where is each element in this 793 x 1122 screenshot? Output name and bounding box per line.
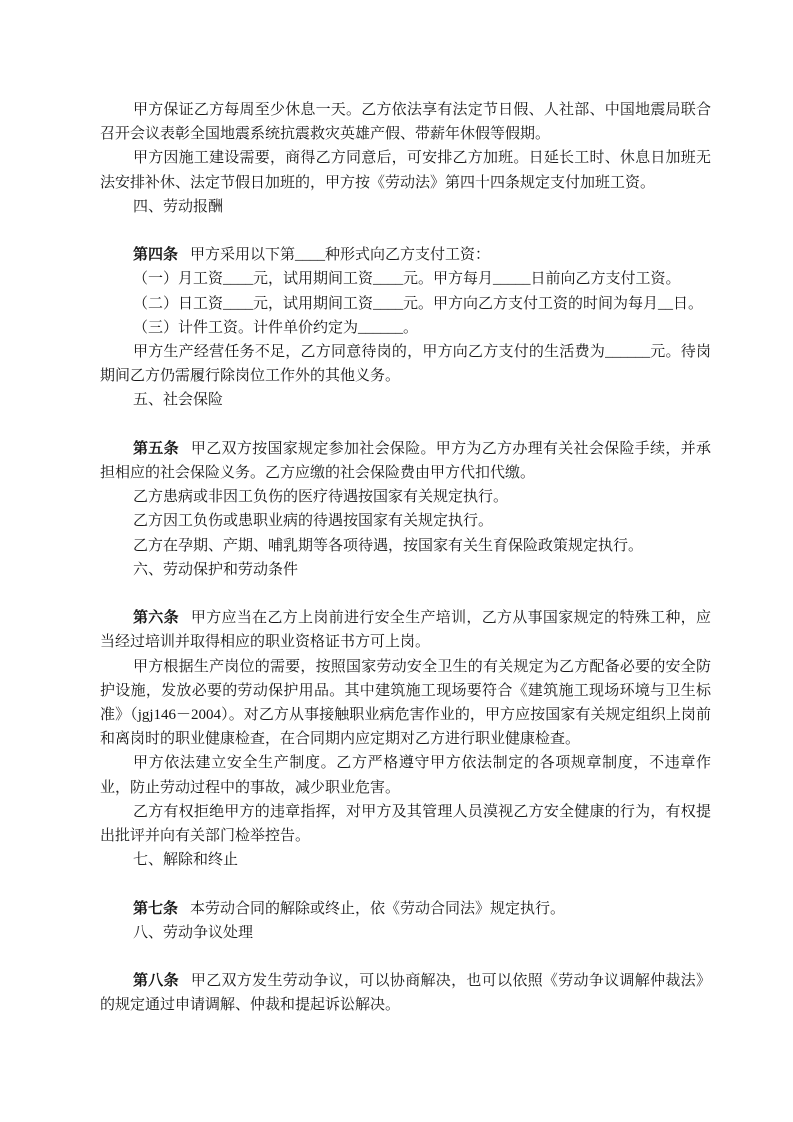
section-heading-labor-protection: 六、劳动保护和劳动条件 xyxy=(100,558,711,582)
para-standby-living-allowance: 甲方生产经营任务不足，乙方同意待岗的，甲方向乙方支付的生活费为______元。待… xyxy=(100,340,711,388)
article-8-clause: 第八条甲乙双方发生劳动争议，可以协商解决，也可以依照《劳动争议调解仲裁法》的规定… xyxy=(100,969,711,1017)
section-heading-termination: 七、解除和终止 xyxy=(100,848,711,872)
article-7-clause: 第七条本劳动合同的解除或终止，依《劳动合同法》规定执行。 xyxy=(100,897,711,921)
article-7-text: 本劳动合同的解除或终止，依《劳动合同法》规定执行。 xyxy=(190,901,565,917)
article-6-text: 甲方应当在乙方上岗前进行安全生产培训，乙方从事国家规定的特殊工种，应当经过培训并… xyxy=(100,610,711,650)
para-piecework-wage-option: （三）计件工资。计件单价约定为______。 xyxy=(100,316,711,340)
para-illness-medical-treatment: 乙方患病或非因工负伤的医疗待遇按国家有关规定执行。 xyxy=(100,485,711,509)
article-8-text: 甲乙双方发生劳动争议，可以协商解决，也可以依照《劳动争议调解仲裁法》的规定通过申… xyxy=(100,973,711,1013)
article-8-label: 第八条 xyxy=(133,973,179,989)
article-4-label: 第四条 xyxy=(133,247,178,263)
article-5-text: 甲乙双方按国家规定参加社会保险。甲方为乙方办理有关社会保险手续，并承担相应的社会… xyxy=(100,441,711,481)
article-6-clause: 第六条甲方应当在乙方上岗前进行安全生产培训，乙方从事国家规定的特殊工种，应当经过… xyxy=(100,606,711,654)
para-weekly-rest-holidays: 甲方保证乙方每周至少休息一天。乙方依法享有法定节日假、人社部、中国地震局联合召开… xyxy=(100,98,711,146)
article-4-text: 甲方采用以下第____种形式向乙方支付工资： xyxy=(190,247,490,263)
para-work-injury-treatment: 乙方因工负伤或患职业病的待遇按国家有关规定执行。 xyxy=(100,509,711,533)
article-5-label: 第五条 xyxy=(133,441,179,457)
section-heading-dispute-resolution: 八、劳动争议处理 xyxy=(100,921,711,945)
para-right-to-refuse-violation: 乙方有权拒绝甲方的违章指挥，对甲方及其管理人员漠视乙方安全健康的行为，有权提出批… xyxy=(100,800,711,848)
section-heading-labor-pay: 四、劳动报酬 xyxy=(100,195,711,219)
article-6-label: 第六条 xyxy=(133,610,179,626)
article-5-clause: 第五条甲乙双方按国家规定参加社会保险。甲方为乙方办理有关社会保险手续，并承担相应… xyxy=(100,437,711,485)
para-maternity-treatment: 乙方在孕期、产期、哺乳期等各项待遇，按国家有关生育保险政策规定执行。 xyxy=(100,534,711,558)
para-daily-wage-option: （二）日工资____元，试用期间工资____元。甲方向乙方支付工资的时间为每月_… xyxy=(100,292,711,316)
para-monthly-wage-option: （一）月工资____元，试用期间工资____元。甲方每月_____日前向乙方支付… xyxy=(100,267,711,291)
para-safety-equipment-standards: 甲方根据生产岗位的需要，按照国家劳动安全卫生的有关规定为乙方配备必要的安全防护设… xyxy=(100,655,711,752)
contract-page: 甲方保证乙方每周至少休息一天。乙方依法享有法定节日假、人社部、中国地震局联合召开… xyxy=(0,0,793,1122)
article-4-clause: 第四条甲方采用以下第____种形式向乙方支付工资： xyxy=(100,243,711,267)
article-7-label: 第七条 xyxy=(133,901,178,917)
para-overtime-rules: 甲方因施工建设需要，商得乙方同意后，可安排乙方加班。日延长工时、休息日加班无法安… xyxy=(100,146,711,194)
para-safety-production-system: 甲方依法建立安全生产制度。乙方严格遵守甲方依法制定的各项规章制度，不违章作业，防… xyxy=(100,751,711,799)
section-heading-social-insurance: 五、社会保险 xyxy=(100,388,711,412)
